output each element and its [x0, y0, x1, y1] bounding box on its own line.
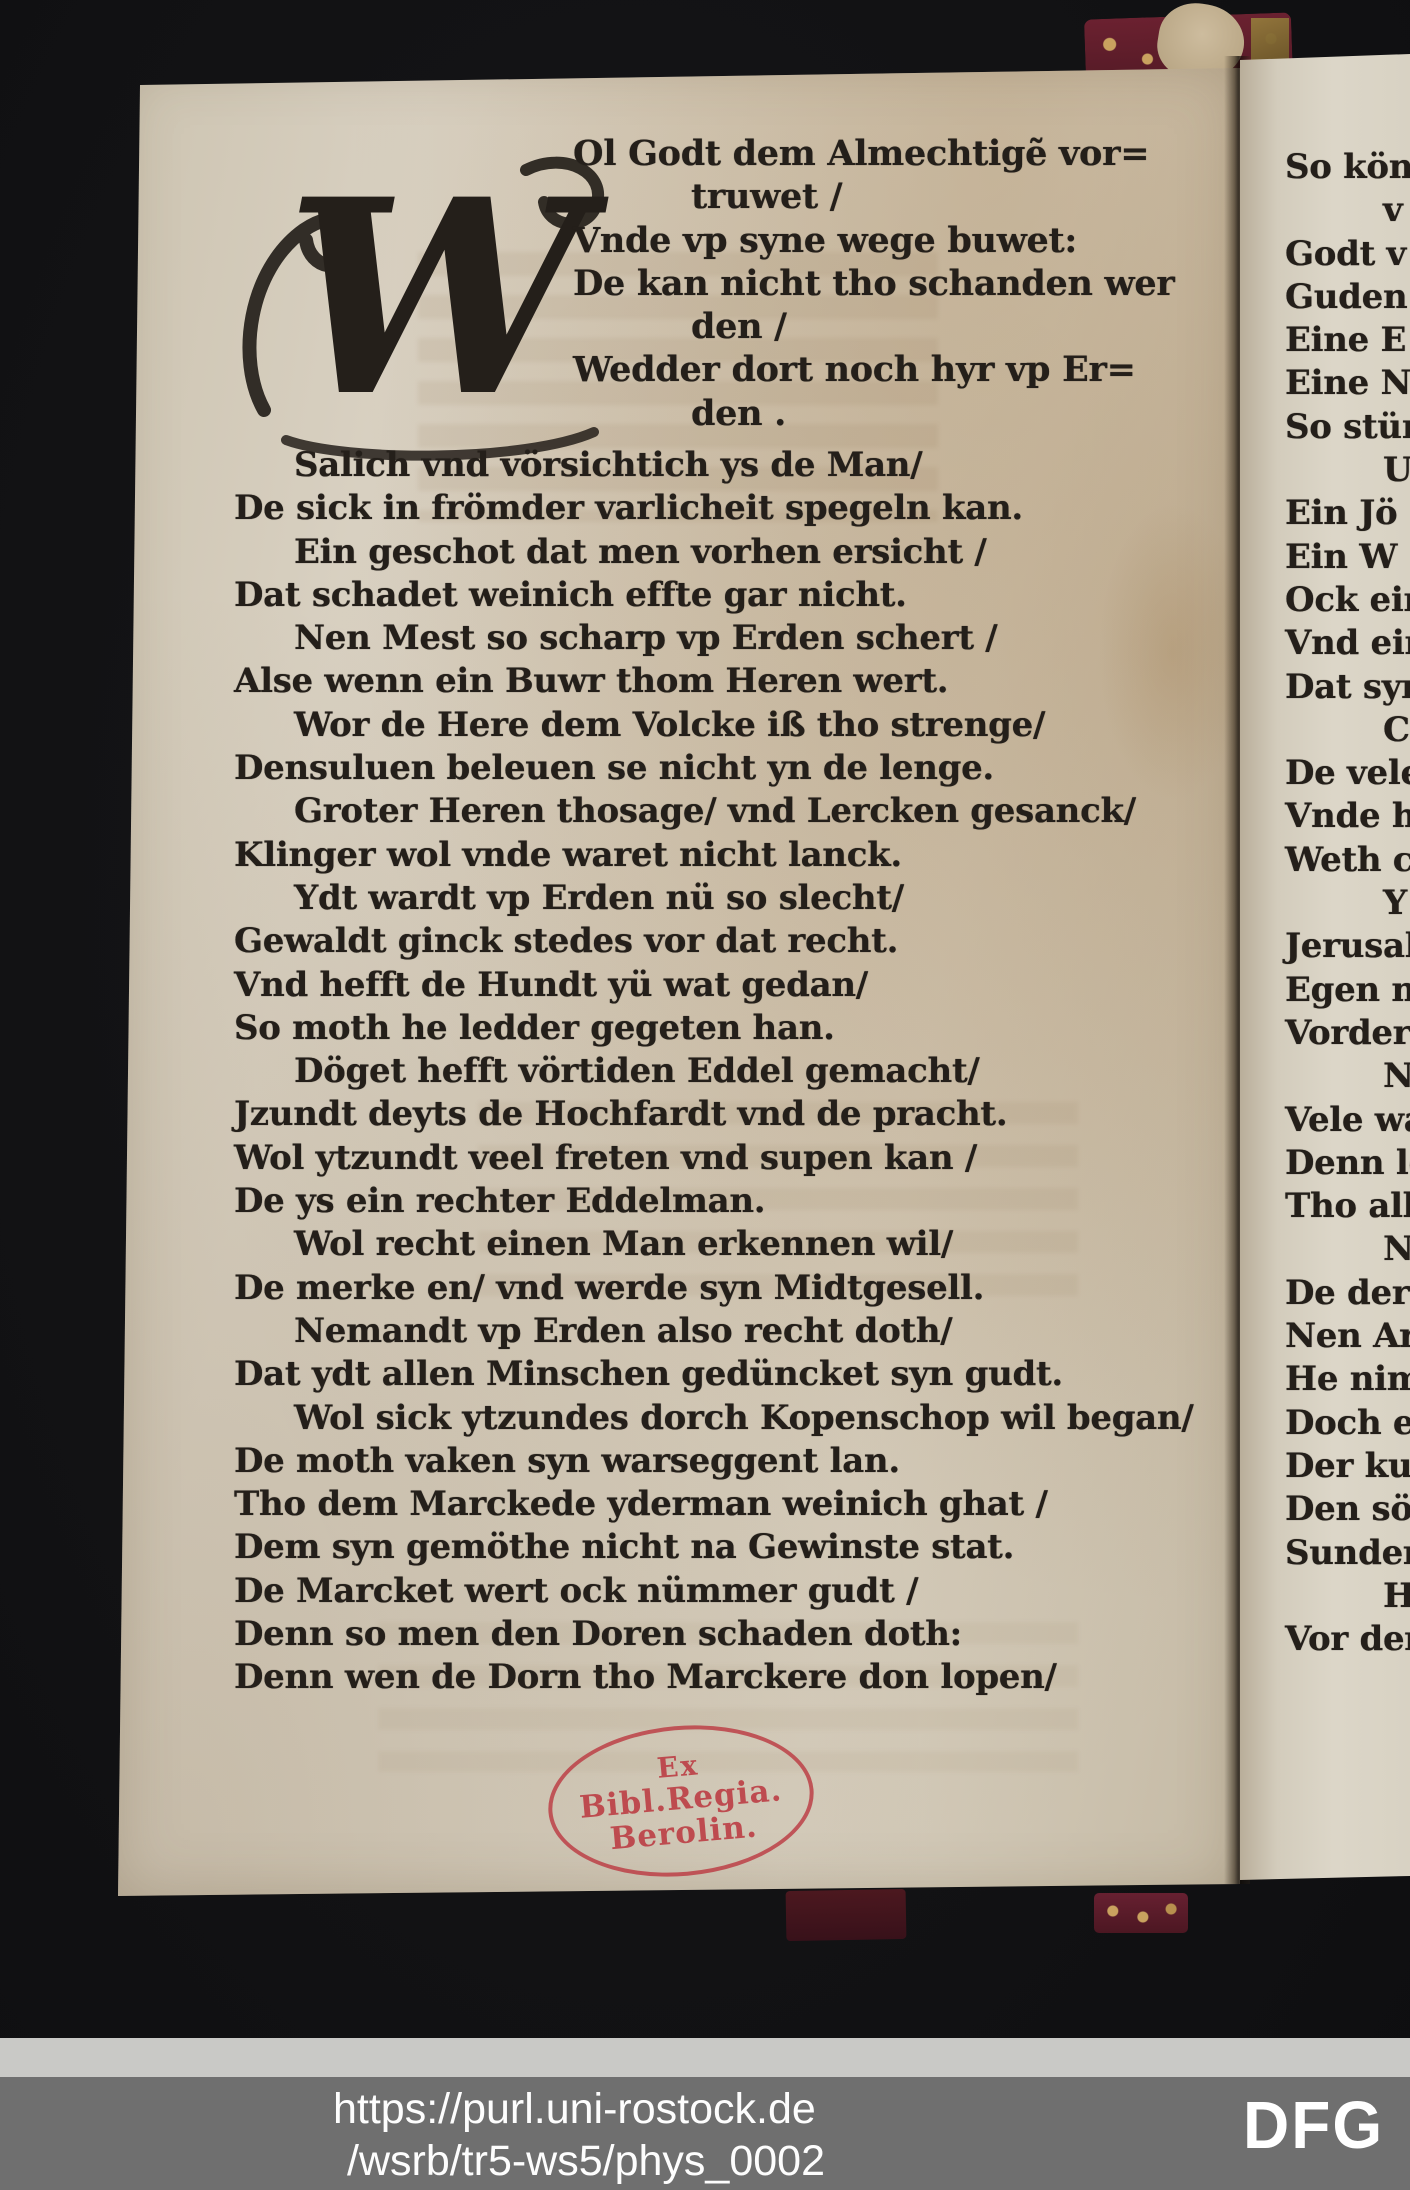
- poem-line: Wol ytzundt veel freten vnd supen kan /: [234, 1137, 1244, 1180]
- opening-line: Wedder dort noch hyr vp Er=: [573, 348, 1253, 391]
- fragment-line: Vorder: [1285, 1012, 1410, 1055]
- right-page-partial: So könvGodt vGudenEine EEine NSo stünUEi…: [1240, 50, 1410, 1882]
- fragment-line: Dat syn: [1285, 666, 1410, 709]
- poem-line: Ein geschot dat men vorhen ersicht /: [234, 531, 1244, 574]
- tail-band-fragment: [786, 1889, 907, 1941]
- poem-line: Dat ydt allen Minschen gedüncket syn gud…: [234, 1353, 1244, 1396]
- poem-line: Ydt wardt vp Erden nü so slecht/: [234, 877, 1244, 920]
- fragment-line: Weth c: [1285, 839, 1410, 882]
- fragment-line: Den sök: [1285, 1488, 1410, 1531]
- poem-line: Wol sick ytzundes dorch Kopenschop wil b…: [234, 1397, 1244, 1440]
- poem-line: Groter Heren thosage/ vnd Lercken gesanc…: [234, 790, 1244, 833]
- fragment-line: Nen Ar: [1285, 1315, 1410, 1358]
- digitized-book-scan: W Ol Godt dem Almechtigẽ vor=truwet /Vnd…: [0, 0, 1410, 2190]
- poem-line: De sick in frömder varlicheit spegeln ka…: [234, 487, 1244, 530]
- fragment-line: Ock ein: [1285, 579, 1410, 622]
- poem-line: Nen Mest so scharp vp Erden schert /: [234, 617, 1244, 660]
- poem-line: Alse wenn ein Buwr thom Heren wert.: [234, 660, 1244, 703]
- poem-line: Salich vnd vörsichtich ys de Man/: [234, 444, 1244, 487]
- fragment-line: Der kun: [1285, 1445, 1410, 1488]
- endband-bottom: [1094, 1893, 1188, 1933]
- fragment-line: Ein Jö: [1285, 492, 1410, 535]
- fragment-line: Vor der: [1285, 1618, 1410, 1661]
- fragment-line: C: [1285, 709, 1410, 752]
- fragment-line: De der A: [1285, 1272, 1410, 1315]
- fragment-line: He nimp: [1285, 1358, 1410, 1401]
- library-stamp: Ex Bibl.Regia. Berolin.: [542, 1715, 820, 1888]
- poem-line: Dat schadet weinich effte gar nicht.: [234, 574, 1244, 617]
- poem-line: Wol recht einen Man erkennen wil/: [234, 1223, 1244, 1266]
- poem-line: Denn wen de Dorn tho Marckere don lopen/: [234, 1656, 1244, 1699]
- fragment-line: De vele: [1285, 752, 1410, 795]
- right-text-column: So könvGodt vGudenEine EEine NSo stünUEi…: [1285, 146, 1410, 1661]
- fragment-line: Vele wa: [1285, 1099, 1410, 1142]
- poem-line: Tho dem Marckede yderman weinich ghat /: [234, 1483, 1244, 1526]
- poem-line: Gewaldt ginck stedes vor dat recht.: [234, 920, 1244, 963]
- opening-line: truwet /: [573, 175, 1253, 218]
- opening-line: Vnde vp syne wege buwet:: [573, 219, 1253, 262]
- fragment-line: Tho alle: [1285, 1185, 1410, 1228]
- fragment-line: Egen n: [1285, 969, 1410, 1012]
- poem-line: De Marcket wert ock nümmer gudt /: [234, 1570, 1244, 1613]
- poem-line: Nemandt vp Erden also recht doth/: [234, 1310, 1244, 1353]
- poem-line: Döget hefft vörtiden Eddel gemacht/: [234, 1050, 1244, 1093]
- fragment-line: N: [1285, 1055, 1410, 1098]
- opening-line: De kan nicht tho schanden wer: [573, 262, 1253, 305]
- opening-line: Ol Godt dem Almechtigẽ vor=: [573, 132, 1253, 175]
- fragment-line: Doch ein: [1285, 1402, 1410, 1445]
- poem-block: Salich vnd vörsichtich ys de Man/De sick…: [234, 444, 1244, 1700]
- opening-line: den .: [573, 392, 1253, 435]
- fragment-line: Denn le: [1285, 1142, 1410, 1185]
- url-line-1: https://purl.uni-rostock.de: [333, 2083, 825, 2135]
- poem-line: Klinger wol vnde waret nicht lanck.: [234, 834, 1244, 877]
- fragment-line: N: [1285, 1228, 1410, 1271]
- fragment-line: Sunder: [1285, 1532, 1410, 1575]
- purl-url: https://purl.uni-rostock.de /wsrb/tr5-ws…: [333, 2083, 825, 2187]
- poem-line: De ys ein rechter Eddelman.: [234, 1180, 1244, 1223]
- poem-line: Denn so men den Doren schaden doth:: [234, 1613, 1244, 1656]
- fragment-line: Eine E: [1285, 319, 1410, 362]
- footer-separator: [0, 2038, 1410, 2077]
- poem-line: De merke en/ vnd werde syn Midtgesell.: [234, 1267, 1244, 1310]
- poem-line: De moth vaken syn warseggent lan.: [234, 1440, 1244, 1483]
- dfg-logo: DFG: [1243, 2092, 1384, 2159]
- left-page: W Ol Godt dem Almechtigẽ vor=truwet /Vnd…: [118, 62, 1240, 1896]
- poem-line: Densuluen beleuen se nicht yn de lenge.: [234, 747, 1244, 790]
- fragment-line: So stün: [1285, 406, 1410, 449]
- poem-line: So moth he ledder gegeten han.: [234, 1007, 1244, 1050]
- fragment-line: Guden: [1285, 276, 1410, 319]
- fragment-line: Ein W: [1285, 536, 1410, 579]
- fragment-line: Eine N: [1285, 362, 1410, 405]
- poem-line: Wor de Here dem Volcke iß tho strenge/: [234, 704, 1244, 747]
- fragment-line: Vnd ein: [1285, 622, 1410, 665]
- spine-gilt-fragment: [1251, 18, 1289, 60]
- fragment-line: H: [1285, 1575, 1410, 1618]
- url-line-2: /wsrb/tr5-ws5/phys_0002: [333, 2135, 825, 2187]
- fragment-line: v: [1285, 189, 1410, 232]
- initial-letter: W: [286, 141, 613, 456]
- fragment-line: So kön: [1285, 146, 1410, 189]
- opening-line: den /: [573, 305, 1253, 348]
- fragment-line: Y: [1285, 882, 1410, 925]
- opening-block: Ol Godt dem Almechtigẽ vor=truwet /Vnde …: [573, 132, 1253, 435]
- fragment-line: Godt v: [1285, 233, 1410, 276]
- fragment-line: Vnde h: [1285, 795, 1410, 838]
- fragment-line: Jerusal: [1285, 925, 1410, 968]
- footer-bar: https://purl.uni-rostock.de /wsrb/tr5-ws…: [0, 2077, 1410, 2190]
- poem-line: Vnd hefft de Hundt yü wat gedan/: [234, 964, 1244, 1007]
- poem-line: Dem syn gemöthe nicht na Gewinste stat.: [234, 1526, 1244, 1569]
- fragment-line: U: [1285, 449, 1410, 492]
- poem-line: Jzundt deyts de Hochfardt vnd de pracht.: [234, 1093, 1244, 1136]
